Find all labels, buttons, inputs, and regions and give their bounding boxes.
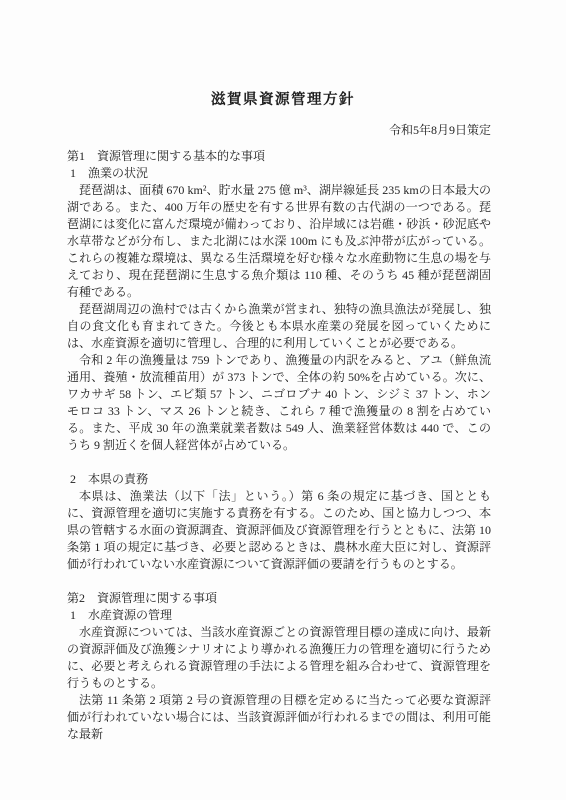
document-date: 令和5年8月9日策定 [67,122,491,139]
paragraph: 本県は、漁業法（以下「法」という。）第 6 条の規定に基づき、国とともに、資源管… [67,488,491,573]
section-heading: 2 本県の責務 [67,471,491,488]
paragraph: 令和 2 年の漁獲量は 759 トンであり、漁獲量の内訳をみると、アユ（鮮魚流通… [67,352,491,454]
document-page: 滋賀県資源管理方針 令和5年8月9日策定 第1 資源管理に関する基本的な事項1 … [0,0,566,800]
section-heading: 第1 資源管理に関する基本的な事項 [67,148,491,165]
paragraph: 琵琶湖周辺の漁村では古くから漁業が営まれ、独特の漁具漁法が発展し、独自の食文化も… [67,301,491,352]
document-body: 第1 資源管理に関する基本的な事項1 漁業の状況琵琶湖は、面積 670 km²、… [67,148,491,743]
document-title: 滋賀県資源管理方針 [0,88,566,109]
section-heading: 第2 資源管理に関する事項 [67,590,491,607]
blank-line [67,573,491,590]
paragraph: 法第 11 条第 2 項第 2 号の資源管理の目標を定めるに当たって必要な資源評… [67,692,491,743]
section-heading: 1 水産資源の管理 [67,607,491,624]
paragraph: 琵琶湖は、面積 670 km²、貯水量 275 億 m³、湖岸線延長 235 k… [67,182,491,301]
section-heading: 1 漁業の状況 [67,165,491,182]
paragraph: 水産資源については、当該水産資源ごとの資源管理目標の達成に向け、最新の資源評価及… [67,624,491,692]
blank-line [67,454,491,471]
